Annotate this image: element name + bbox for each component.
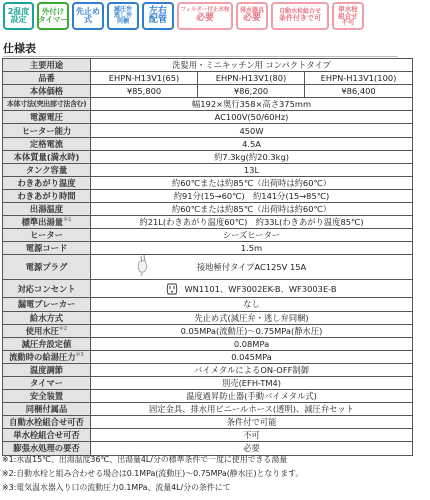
table-row: 漏電ブレーカー なし <box>3 298 413 311</box>
row-label: わきあがり時間 <box>3 189 91 202</box>
outlet-models: WN1101、WF3002EK-B、WF3003E-B <box>184 284 336 294</box>
badge-tip-stop: 先止め 式 <box>72 2 104 30</box>
row-value: 先止め式(減圧弁・逃し弁同梱) <box>91 311 413 324</box>
row-value: 固定金具、排水用ビニールホース(透明)、減圧弁セット <box>91 403 413 416</box>
row-label: 対応コンセント <box>3 280 91 298</box>
model-65: EHPN-H13V1(65) <box>91 72 198 85</box>
page-title: 仕様表 <box>3 40 36 56</box>
row-value: 約60℃または約85℃（出荷時は約60℃） <box>91 203 413 216</box>
row-label: 品番 <box>3 72 91 85</box>
row-label: 出湯温度 <box>3 203 91 216</box>
table-row: タンク容量 13L <box>3 163 413 176</box>
table-row: 安全装置 温度過昇防止器(手動バイメタル式) <box>3 390 413 403</box>
price-65: ¥85,800 <box>91 85 198 98</box>
row-label: 自動水栓組合せ可否 <box>3 416 91 429</box>
table-row: 品番 EHPN-H13V1(65) EHPN-H13V1(80) EHPN-H1… <box>3 72 413 85</box>
feature-badges: 2温度 設定 外付け タイマー 先止め 式 減圧弁 逃し弁 同梱 左右 配管 フ… <box>3 2 364 30</box>
table-row: 電源電圧 AC100V(50/60Hz) <box>3 111 413 124</box>
outlet-icon <box>166 283 178 295</box>
table-row: 本体質量(満水時) 約7.3kg(約20.3kg) <box>3 150 413 163</box>
row-label: 漏電ブレーカー <box>3 298 91 311</box>
table-row: タイマー 別売(EFH-TM4) <box>3 376 413 389</box>
table-row: わきあがり温度 約60℃または約85℃（出荷時は約60℃） <box>3 176 413 189</box>
row-value: 0.045MPa <box>91 350 413 363</box>
footnote-ref: ※2 <box>59 326 67 332</box>
row-value: 別売(EFH-TM4) <box>91 376 413 389</box>
row-value: シーズヒーター <box>91 229 413 242</box>
table-row: 給水方式 先止め式(減圧弁・逃し弁同梱) <box>3 311 413 324</box>
badge-external-timer: 外付け タイマー <box>37 2 69 30</box>
table-row: わきあがり時間 約91分(15→60℃) 約141分(15→85℃) <box>3 189 413 202</box>
row-value: 幅192×奥行358×高さ375mm <box>91 98 413 111</box>
badge-line: 条件付きで可 <box>279 15 321 22</box>
table-row: ヒーター シーズヒーター <box>3 229 413 242</box>
row-label: 安全装置 <box>3 390 91 403</box>
table-row: 温度調節 バイメタルによるON-OFF制御 <box>3 363 413 376</box>
footnote-3: ※3:電気温水器入り口の流動圧力0.1MPa、流量4L/分の条件にて <box>2 481 303 495</box>
table-row: 単水栓組合せ可否 不可 <box>3 429 413 442</box>
row-value: 条件付で可能 <box>91 416 413 429</box>
row-value: なし <box>91 298 413 311</box>
footnote-ref: ※1 <box>63 217 71 223</box>
label-text: 標準出湯量 <box>22 217 64 227</box>
table-row: 本体価格 ¥85,800 ¥86,200 ¥86,400 <box>3 85 413 98</box>
row-label: ヒーター <box>3 229 91 242</box>
row-value: 約7.3kg(約20.3kg) <box>91 150 413 163</box>
price-100: ¥86,400 <box>305 85 413 98</box>
row-value: 接地極付タイプAC125V 15A <box>91 255 413 280</box>
table-row: 定格電流 4.5A <box>3 137 413 150</box>
table-row: 本体寸法(突出部寸法含む) 幅192×奥行358×高さ375mm <box>3 98 413 111</box>
row-label: 電源プラグ <box>3 255 91 280</box>
table-row: 流動時の給湯圧力※3 0.045MPa <box>3 350 413 363</box>
title-divider <box>3 56 398 57</box>
badge-2-temp-setting: 2温度 設定 <box>3 2 34 30</box>
row-label: 本体質量(満水時) <box>3 150 91 163</box>
table-row: 減圧弁設定値 0.08MPa <box>3 337 413 350</box>
footnote-2: ※2:自動水栓と組み合わせる場合は0.1MPa(流動圧)～0.75MPa(静水圧… <box>2 467 303 481</box>
row-label: 本体価格 <box>3 85 91 98</box>
row-label: 給水方式 <box>3 311 91 324</box>
row-label: 同梱付属品 <box>3 403 91 416</box>
badge-drain-required: 排水器具 必要 <box>236 2 268 30</box>
table-row: 同梱付属品 固定金具、排水用ビニールホース(透明)、減圧弁セット <box>3 403 413 416</box>
row-value: WN1101、WF3002EK-B、WF3003E-B <box>91 280 413 298</box>
footnote-ref: ※3 <box>76 352 84 358</box>
table-row: 標準出湯量※1 約21L(わきあがり温度60℃) 約33L(わきあがり温度85℃… <box>3 216 413 229</box>
row-label: 温度調節 <box>3 363 91 376</box>
table-row: 使用水圧※2 0.05MPa(流動圧)～0.75MPa(静水圧) <box>3 324 413 337</box>
row-value: 0.05MPa(流動圧)～0.75MPa(静水圧) <box>91 324 413 337</box>
table-row: 自動水栓組合せ可否 条件付で可能 <box>3 416 413 429</box>
row-label: ヒーター能力 <box>3 124 91 137</box>
row-value: 0.08MPa <box>91 337 413 350</box>
row-label: 電源電圧 <box>3 111 91 124</box>
row-value: 約21L(わきあがり温度60℃) 約33L(わきあがり温度85℃) <box>91 216 413 229</box>
badge-line: 不可 <box>342 19 355 26</box>
badge-single-faucet-not-allowed: 単水栓 組合せ 不可 <box>332 2 364 30</box>
label-text: 流動時の給湯圧力 <box>9 352 75 362</box>
model-100: EHPN-H13V1(100) <box>305 72 413 85</box>
badge-left-right-piping: 左右 配管 <box>142 2 174 30</box>
row-value: 不可 <box>91 429 413 442</box>
badge-line: 同梱 <box>117 19 129 25</box>
footnote-1: ※1:水温15℃、出湯温度36℃、出湯量4L/分の標準条件で一度に使用できる湯量 <box>2 453 303 467</box>
price-80: ¥86,200 <box>198 85 305 98</box>
model-80: EHPN-H13V1(80) <box>198 72 305 85</box>
row-label: 標準出湯量※1 <box>3 216 91 229</box>
row-label: 流動時の給湯圧力※3 <box>3 350 91 363</box>
badge-auto-faucet-conditional: 自動水栓組合せ 条件付きで可 <box>271 2 329 30</box>
badge-line: 式 <box>84 16 92 24</box>
footnotes: ※1:水温15℃、出湯温度36℃、出湯量4L/分の標準条件で一度に使用できる湯量… <box>2 453 303 495</box>
row-label: 単水栓組合せ可否 <box>3 429 91 442</box>
label-text: 使用水圧 <box>26 326 59 336</box>
table-row: 出湯温度 約60℃または約85℃（出荷時は約60℃） <box>3 203 413 216</box>
row-value: 13L <box>91 163 413 176</box>
badge-line: 必要 <box>243 14 261 23</box>
badge-valve-included: 減圧弁 逃し弁 同梱 <box>107 2 139 30</box>
row-value: 約91分(15→60℃) 約141分(15→85℃) <box>91 189 413 202</box>
spec-table: 主要用途 洗髪用・ミニキッチン用 コンパクトタイプ 品番 EHPN-H13V1(… <box>2 58 413 456</box>
badge-line: 配管 <box>149 16 167 25</box>
badge-line: 必要 <box>196 14 214 23</box>
row-label: タンク容量 <box>3 163 91 176</box>
row-value: バイメタルによるON-OFF制御 <box>91 363 413 376</box>
row-label: わきあがり温度 <box>3 176 91 189</box>
row-label: 本体寸法(突出部寸法含む) <box>3 98 91 111</box>
row-value: 洗髪用・ミニキッチン用 コンパクトタイプ <box>91 59 413 72</box>
row-label: 主要用途 <box>3 59 91 72</box>
badge-line: タイマー <box>38 16 68 24</box>
row-label: タイマー <box>3 376 91 389</box>
table-row: ヒーター能力 450W <box>3 124 413 137</box>
row-value: AC100V(50/60Hz) <box>91 111 413 124</box>
row-value: 温度過昇防止器(手動バイメタル式) <box>91 390 413 403</box>
table-row: 電源プラグ 接地極付タイプAC125V 15A <box>3 255 413 280</box>
row-value: 450W <box>91 124 413 137</box>
table-row: 対応コンセント WN1101、WF3002EK-B、WF3003E-B <box>3 280 413 298</box>
row-label: 使用水圧※2 <box>3 324 91 337</box>
row-label: 電源コード <box>3 242 91 255</box>
row-value: 4.5A <box>91 137 413 150</box>
badge-line: 設定 <box>11 16 27 24</box>
row-value: 1.5m <box>91 242 413 255</box>
badge-filter-valve-required: フィルター付止水栓 必要 <box>177 2 233 30</box>
table-row: 電源コード 1.5m <box>3 242 413 255</box>
table-row: 主要用途 洗髪用・ミニキッチン用 コンパクトタイプ <box>3 59 413 72</box>
plug-spec: 接地極付タイプAC125V 15A <box>197 262 306 272</box>
row-label: 定格電流 <box>3 137 91 150</box>
row-label: 減圧弁設定値 <box>3 337 91 350</box>
plug-icon <box>135 255 149 277</box>
row-value: 約60℃または約85℃（出荷時は約60℃） <box>91 176 413 189</box>
